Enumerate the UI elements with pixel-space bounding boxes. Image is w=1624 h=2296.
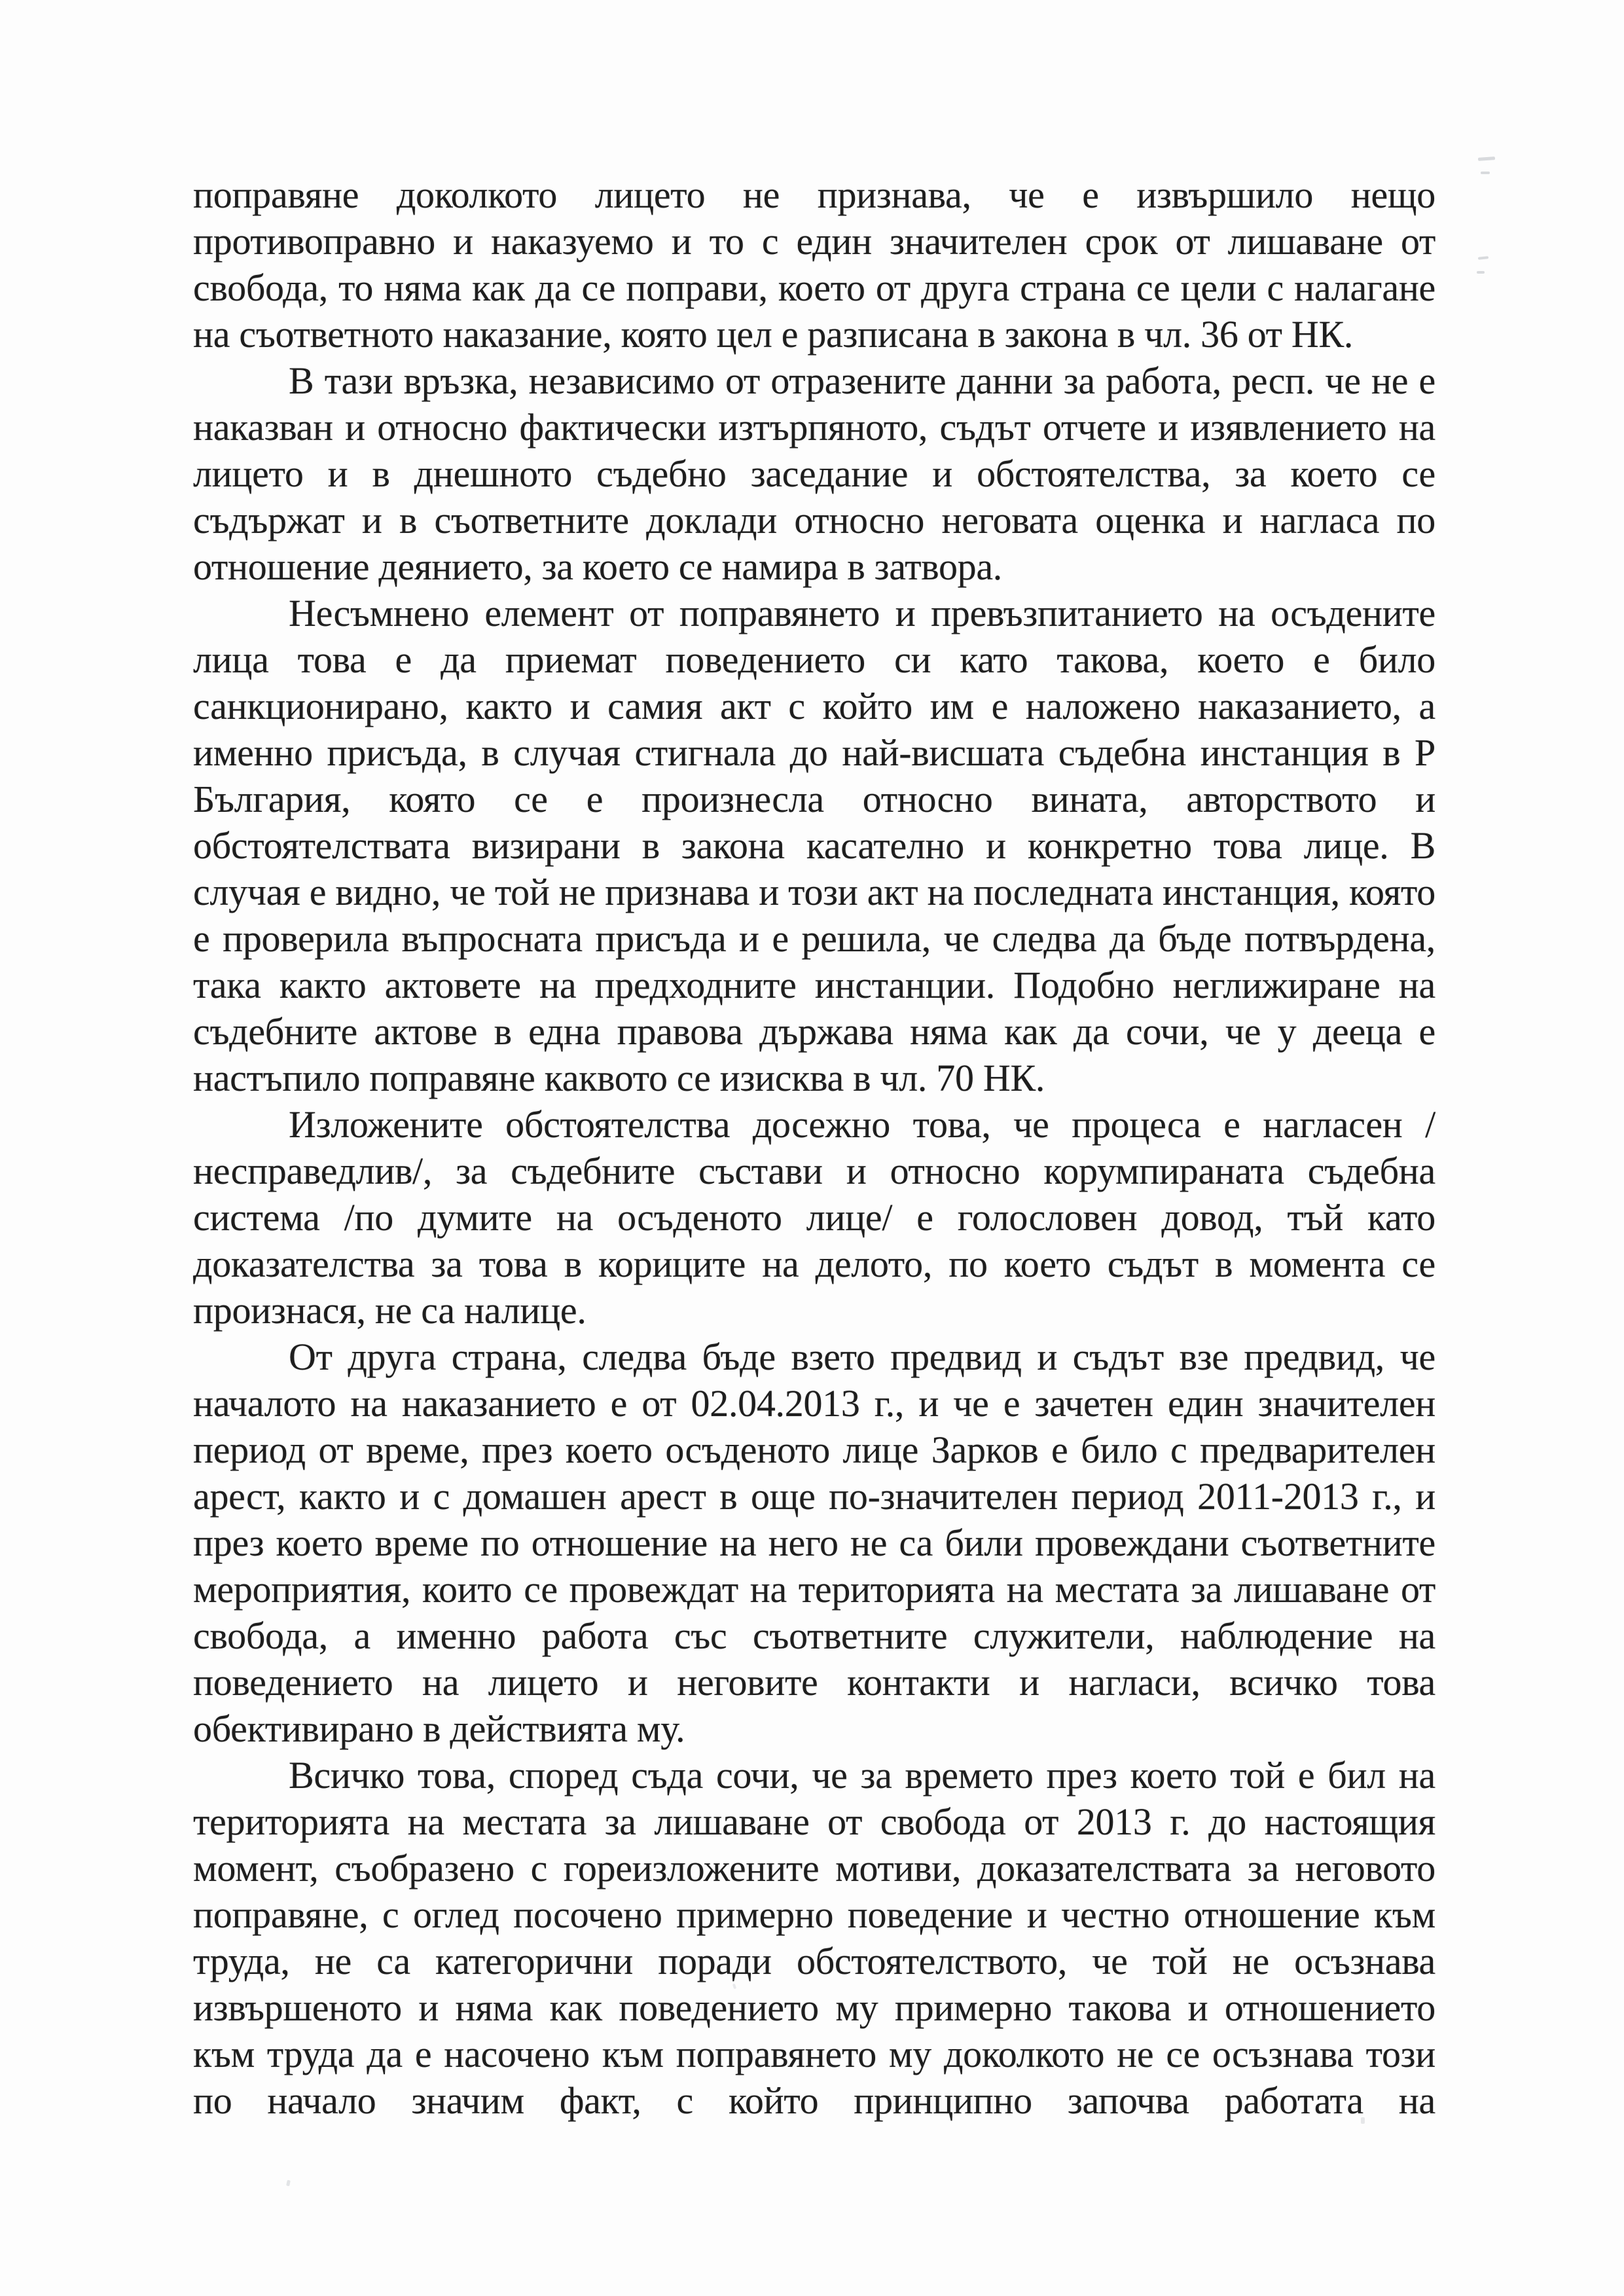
scan-artifact — [286, 2180, 291, 2187]
scan-artifact — [1477, 271, 1485, 274]
scanned-document-page: поправяне доколкото лицето не признава, … — [0, 0, 1624, 2296]
paragraph: Несъмнено елемент от поправянето и превъ… — [193, 590, 1435, 1101]
paragraph: Изложените обстоятелства досежно това, ч… — [193, 1101, 1435, 1334]
document-text-block: поправяне доколкото лицето не признава, … — [193, 172, 1435, 2124]
paragraph-continues-next-page: Всичко това, според съда сочи, че за вре… — [193, 1752, 1435, 2124]
scan-artifact — [1361, 2117, 1365, 2124]
paragraph-continuation: поправяне доколкото лицето не признава, … — [193, 172, 1435, 357]
scan-artifact — [1478, 256, 1489, 260]
scan-artifact — [1481, 172, 1490, 174]
paragraph: В тази връзка, независимо от отразените … — [193, 357, 1435, 590]
scan-artifact — [1478, 156, 1495, 161]
paragraph: От друга страна, следва бъде взето предв… — [193, 1334, 1435, 1752]
